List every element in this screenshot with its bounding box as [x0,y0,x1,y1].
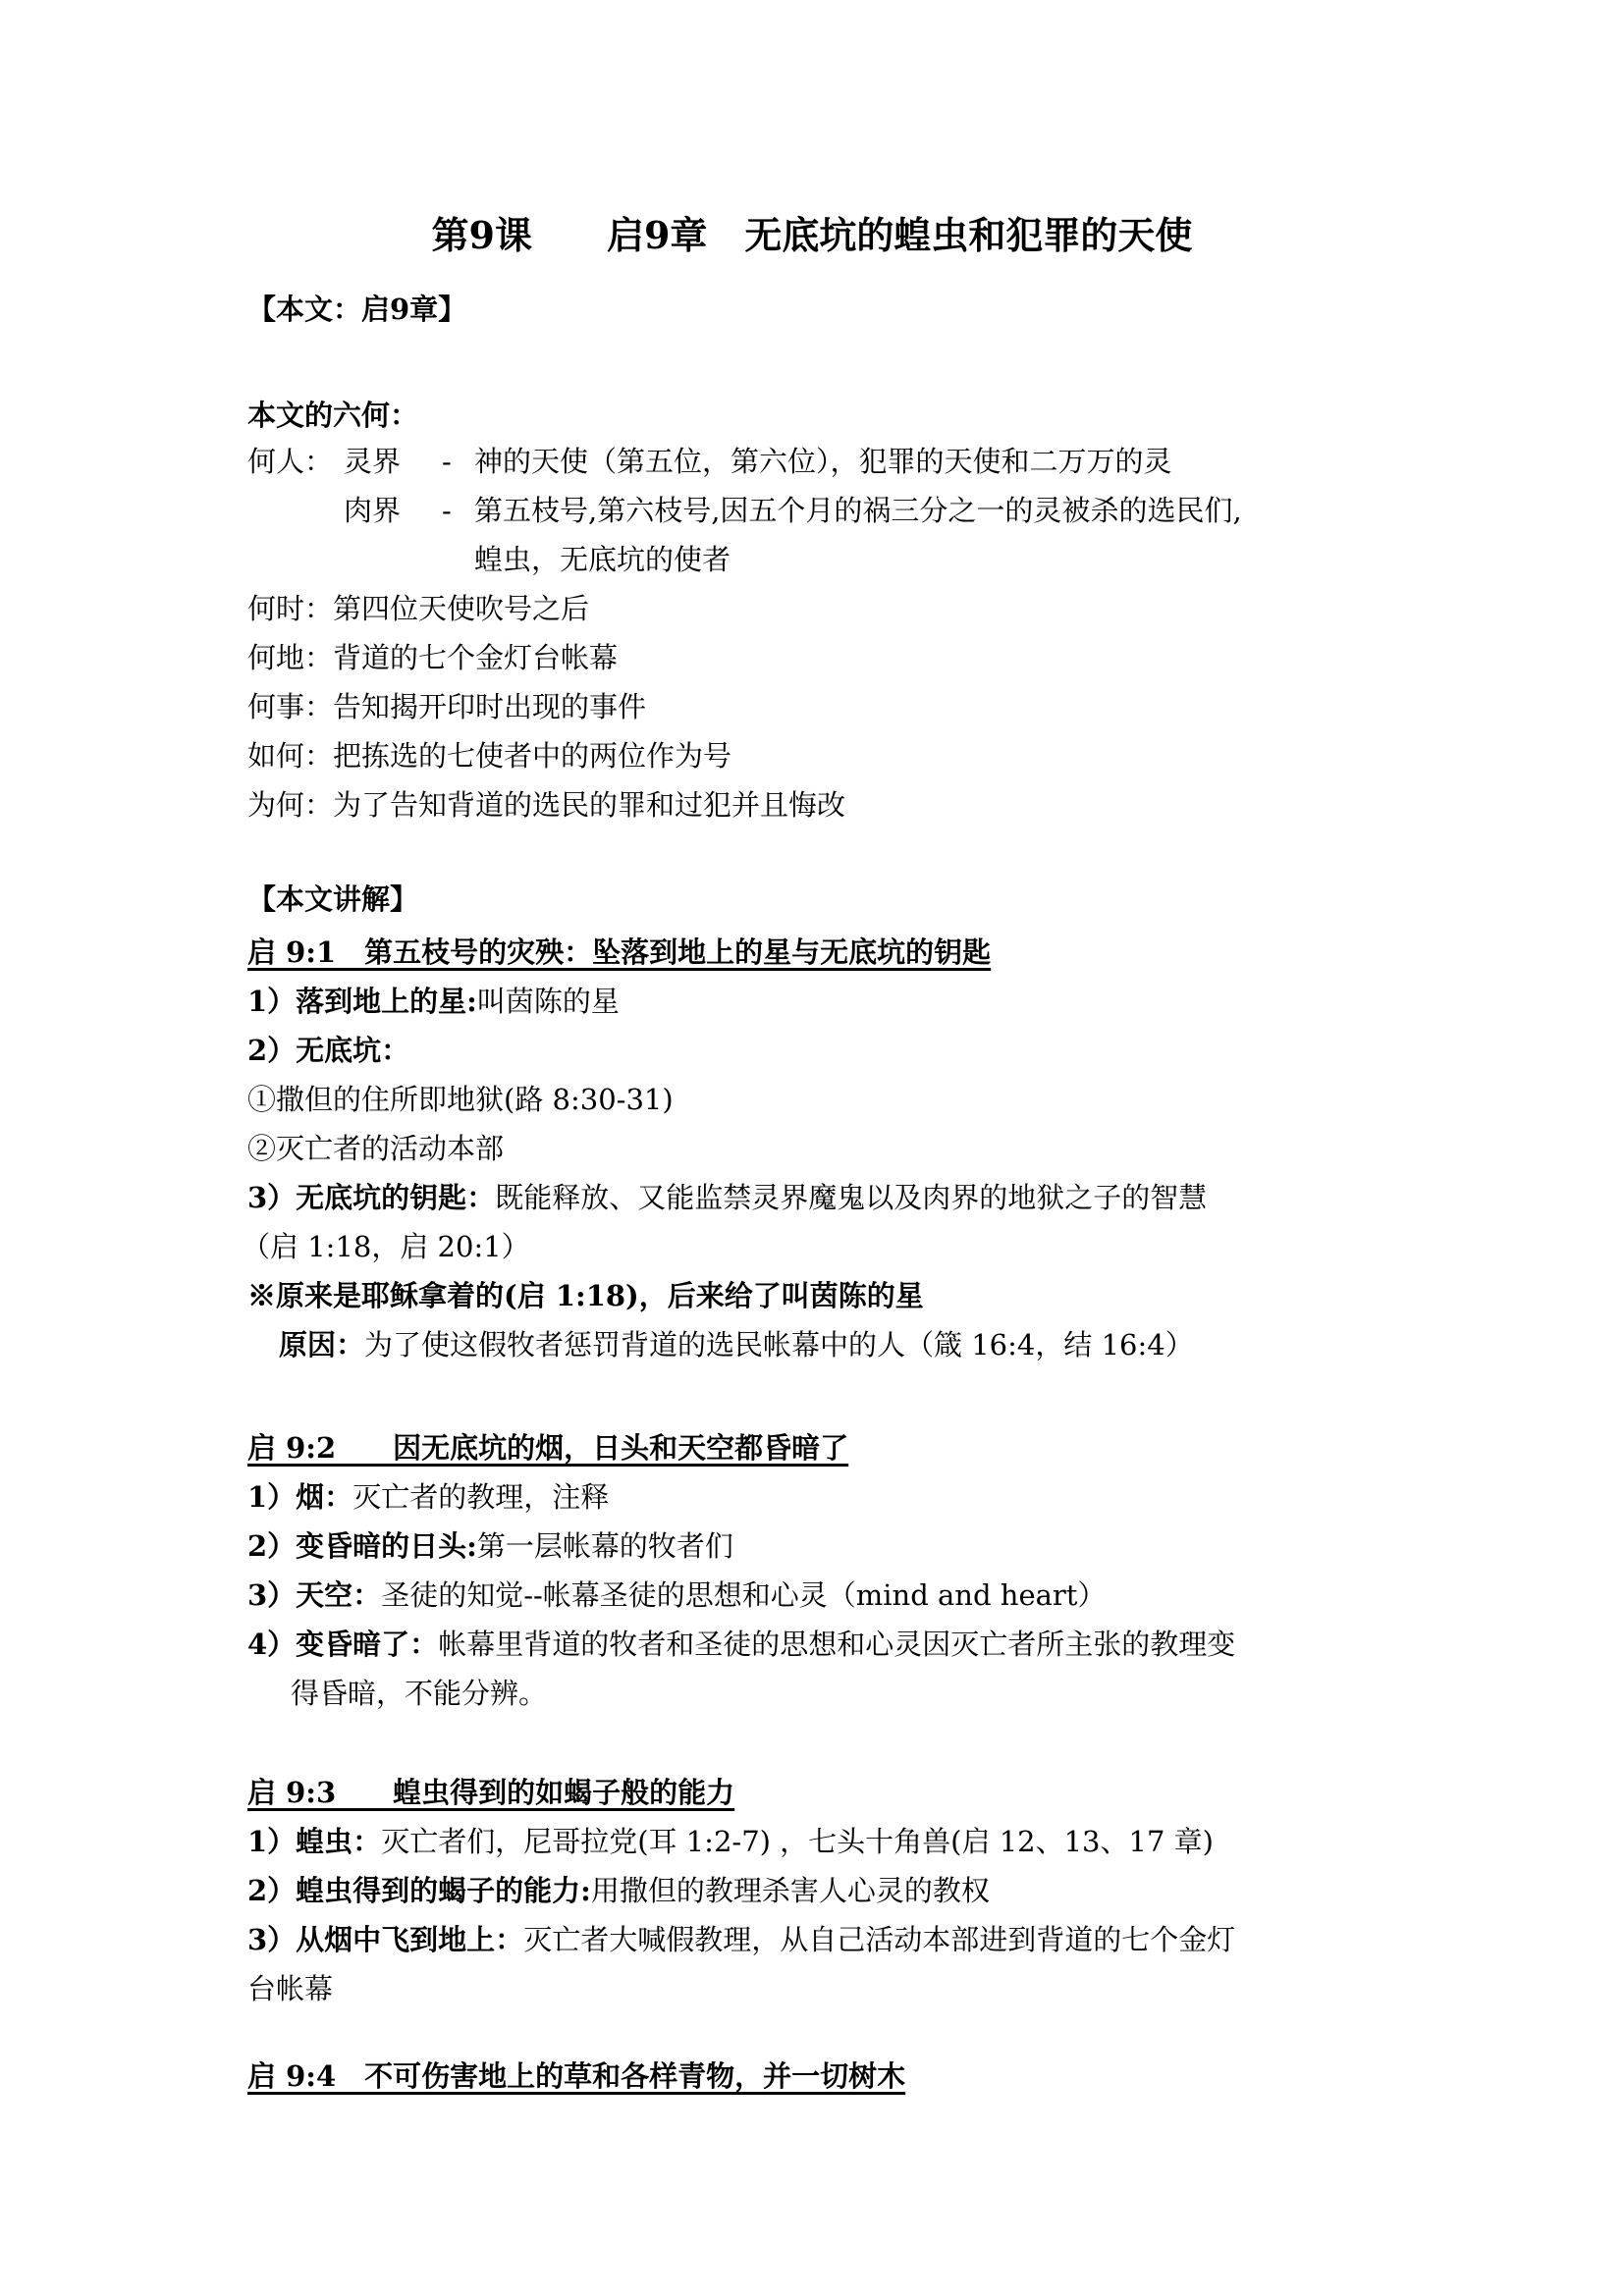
item: 台帐幕 [247,1964,333,2013]
text-reference: 【本文：启9章】 [247,285,466,334]
item-text: 既能释放、又能监禁灵界魔鬼以及肉界的地狱之子的智慧 [495,1181,1207,1214]
item-text: 用撒但的教理杀害人心灵的教权 [591,1874,990,1907]
item-term: 2）蝗虫得到的蝎子的能力: [247,1874,591,1907]
item-text: ①撒但的住所即地狱(路 8:30-31) [247,1083,674,1116]
when-text: 第四位天使吹号之后 [333,592,589,625]
item: 4）变昏暗了：帐幕里背道的牧者和圣徒的思想和心灵因灭亡者所主张的教理变 [247,1620,1235,1669]
section-heading-9-1: 启 9:1 第五枝号的灾殃：坠落到地上的星与无底坑的钥匙 [247,928,991,977]
item: 3）天空：圣徒的知觉--帐幕圣徒的思想和心灵（mind and heart） [247,1571,1106,1620]
item-text: 灭亡者的教理，注释 [352,1480,609,1514]
item: 2）无底坑： [247,1026,409,1075]
item: 得昏暗，不能分辨。 [291,1669,547,1718]
item-note: ※原来是耶稣拿着的(启 1:18)，后来给了叫茵陈的星 [247,1271,924,1320]
item: ①撒但的住所即地狱(路 8:30-31) [247,1075,674,1124]
item: （启 1:18，启 20:1） [242,1222,530,1271]
item-term: 2）变昏暗的日头: [247,1529,477,1563]
item: 2）蝗虫得到的蝎子的能力:用撒但的教理杀害人心灵的教权 [247,1866,990,1915]
when-label: 何时： [247,592,333,625]
item: 2）变昏暗的日头:第一层帐幕的牧者们 [247,1522,733,1571]
how-label: 如何： [247,739,333,773]
spirit-realm-label: 灵界 [344,437,401,486]
what-label: 何事： [247,690,333,723]
item-term: 1）烟： [247,1480,352,1514]
where-text: 背道的七个金灯台帐幕 [333,641,618,674]
item-text: 圣徒的知觉--帐幕圣徒的思想和心灵（mind and heart） [381,1578,1106,1612]
item-text: 灭亡者大喊假教理，从自己活动本部进到背道的七个金灯 [523,1923,1235,1956]
what-text: 告知揭开印时出现的事件 [333,690,646,723]
dash: - [442,486,452,535]
where-label: 何地： [247,641,333,674]
item-text: 灭亡者们，尼哥拉党(耳 1:2-7) ，七头十角兽(启 12、13、17 章) [381,1825,1214,1858]
flesh-realm-label: 肉界 [344,486,401,535]
how-row: 如何：把拣选的七使者中的两位作为号 [247,731,731,780]
item: 1）烟：灭亡者的教理，注释 [247,1472,609,1522]
item-text: （启 1:18，启 20:1） [242,1230,530,1263]
who-row-spirit: 何人： 灵界 - 神的天使（第五位，第六位），犯罪的天使和二万万的灵 [247,437,1426,486]
who-row-flesh-cont: 蝗虫，无底坑的使者 [247,535,1426,584]
item: 1）落到地上的星:叫茵陈的星 [247,977,620,1026]
item: 3）无底坑的钥匙：既能释放、又能监禁灵界魔鬼以及肉界的地狱之子的智慧 [247,1173,1207,1222]
item-term: 3）从烟中飞到地上： [247,1923,523,1956]
item-text: 得昏暗，不能分辨。 [291,1677,547,1710]
item-text: 台帐幕 [247,1972,333,2005]
why-row: 为何：为了告知背道的选民的罪和过犯并且悔改 [247,780,845,829]
exposition-heading: 【本文讲解】 [247,875,418,924]
section-heading-9-3: 启 9:3 蝗虫得到的如蝎子般的能力 [247,1768,734,1817]
item-term: 2）无底坑： [247,1034,409,1067]
item: ②灭亡者的活动本部 [247,1124,504,1173]
when-row: 何时：第四位天使吹号之后 [247,584,589,633]
where-row: 何地：背道的七个金灯台帐幕 [247,633,618,682]
spirit-realm-text: 神的天使（第五位，第六位），犯罪的天使和二万万的灵 [474,437,1172,486]
why-text: 为了告知背道的选民的罪和过犯并且悔改 [333,788,845,822]
section-heading-9-2: 启 9:2 因无底坑的烟，日头和天空都昏暗了 [247,1423,848,1472]
item-term: 1）蝗虫： [247,1825,381,1858]
item: 原因：为了使这假牧者惩罚背道的选民帐幕中的人（箴 16:4，结 16:4） [279,1320,1194,1369]
section-heading-9-4: 启 9:4 不可伤害地上的草和各样青物，并一切树木 [247,2052,905,2101]
why-label: 为何： [247,788,333,822]
item-text: 第一层帐幕的牧者们 [477,1529,733,1563]
flesh-realm-text-cont: 蝗虫，无底坑的使者 [474,535,731,584]
item-term: 原因： [279,1328,364,1362]
flesh-realm-text: 第五枝号,第六枝号,因五个月的祸三分之一的灵被杀的选民们, [474,486,1242,535]
who-row-flesh: 肉界 - 第五枝号,第六枝号,因五个月的祸三分之一的灵被杀的选民们, [247,486,1426,535]
item-text: 为了使这假牧者惩罚背道的选民帐幕中的人（箴 16:4，结 16:4） [364,1328,1194,1362]
item-term: 1）落到地上的星: [247,985,477,1018]
how-text: 把拣选的七使者中的两位作为号 [333,739,731,773]
item: 1）蝗虫：灭亡者们，尼哥拉党(耳 1:2-7) ，七头十角兽(启 12、13、1… [247,1817,1214,1866]
item-text: 叫茵陈的星 [477,985,620,1018]
item-text: 帐幕里背道的牧者和圣徒的思想和心灵因灭亡者所主张的教理变 [438,1628,1235,1661]
item: 3）从烟中飞到地上：灭亡者大喊假教理，从自己活动本部进到背道的七个金灯 [247,1915,1235,1964]
item-term: 3）无底坑的钥匙： [247,1181,495,1214]
item-term: 4）变昏暗了： [247,1628,438,1661]
what-row: 何事：告知揭开印时出现的事件 [247,682,646,731]
note-text: ※原来是耶稣拿着的(启 1:18)，后来给了叫茵陈的星 [247,1279,924,1312]
who-label: 何人： [247,437,333,486]
item-term: 3）天空： [247,1578,381,1612]
six-questions-heading: 本文的六何： [247,391,418,440]
item-text: ②灭亡者的活动本部 [247,1132,504,1165]
lesson-title: 第9课 启9章 无底坑的蝗虫和犯罪的天使 [0,208,1624,263]
dash: - [442,437,452,486]
